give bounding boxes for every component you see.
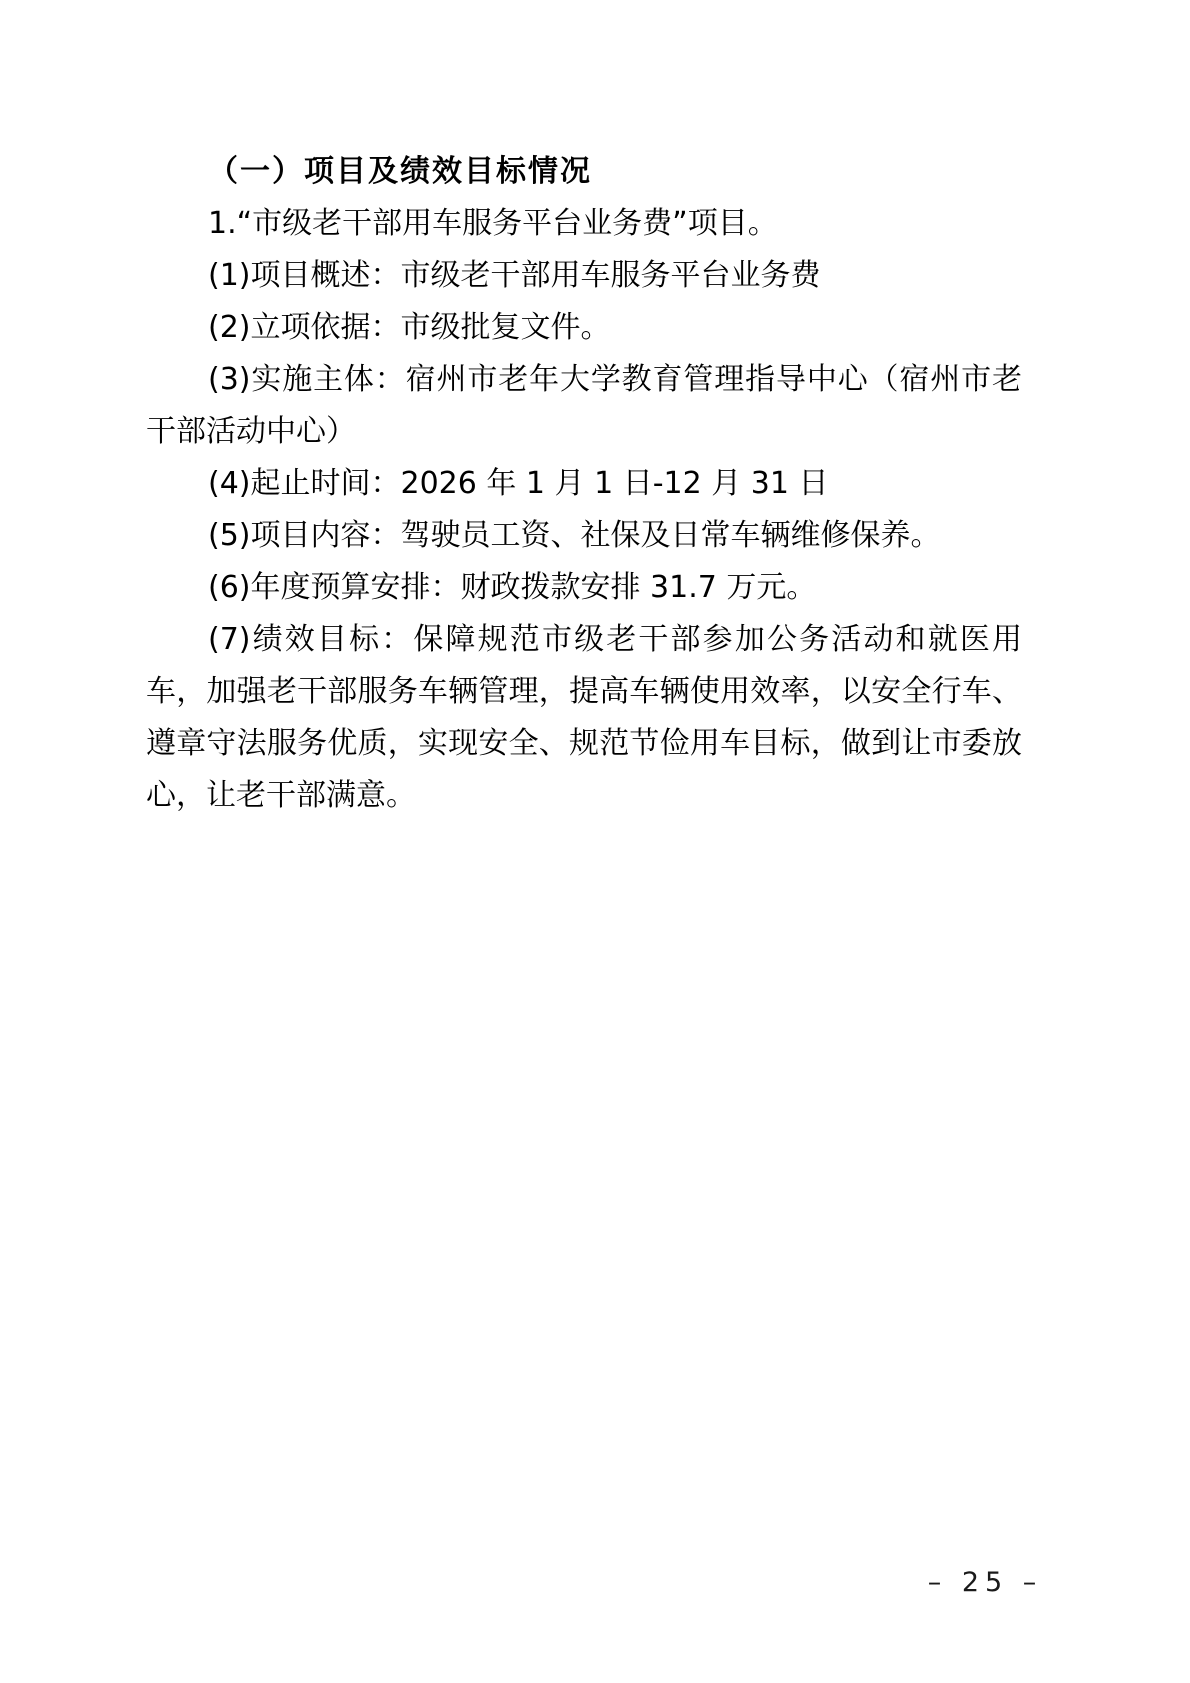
document-page: （一）项目及绩效目标情况 1.“市级老干部用车服务平台业务费”项目。 (1)项目… bbox=[0, 0, 1190, 1683]
paragraph-project-basis: (2)立项依据：市级批复文件。 bbox=[146, 302, 1022, 354]
document-body: （一）项目及绩效目标情况 1.“市级老干部用车服务平台业务费”项目。 (1)项目… bbox=[146, 146, 1022, 822]
section-heading: （一）项目及绩效目标情况 bbox=[146, 146, 1022, 198]
paragraph-annual-budget: (6)年度预算安排：财政拨款安排 31.7 万元。 bbox=[146, 562, 1022, 614]
paragraph-project-overview: (1)项目概述：市级老干部用车服务平台业务费 bbox=[146, 250, 1022, 302]
paragraph-performance-target: (7)绩效目标：保障规范市级老干部参加公务活动和就医用车，加强老干部服务车辆管理… bbox=[146, 614, 1022, 822]
page-number: – 25 – bbox=[860, 1566, 1110, 1600]
paragraph-implementing-entity: (3)实施主体：宿州市老年大学教育管理指导中心（宿州市老干部活动中心） bbox=[146, 354, 1022, 458]
paragraph-project-period: (4)起止时间：2026 年 1 月 1 日-12 月 31 日 bbox=[146, 458, 1022, 510]
paragraph-project-title: 1.“市级老干部用车服务平台业务费”项目。 bbox=[146, 198, 1022, 250]
paragraph-project-content: (5)项目内容：驾驶员工资、社保及日常车辆维修保养。 bbox=[146, 510, 1022, 562]
